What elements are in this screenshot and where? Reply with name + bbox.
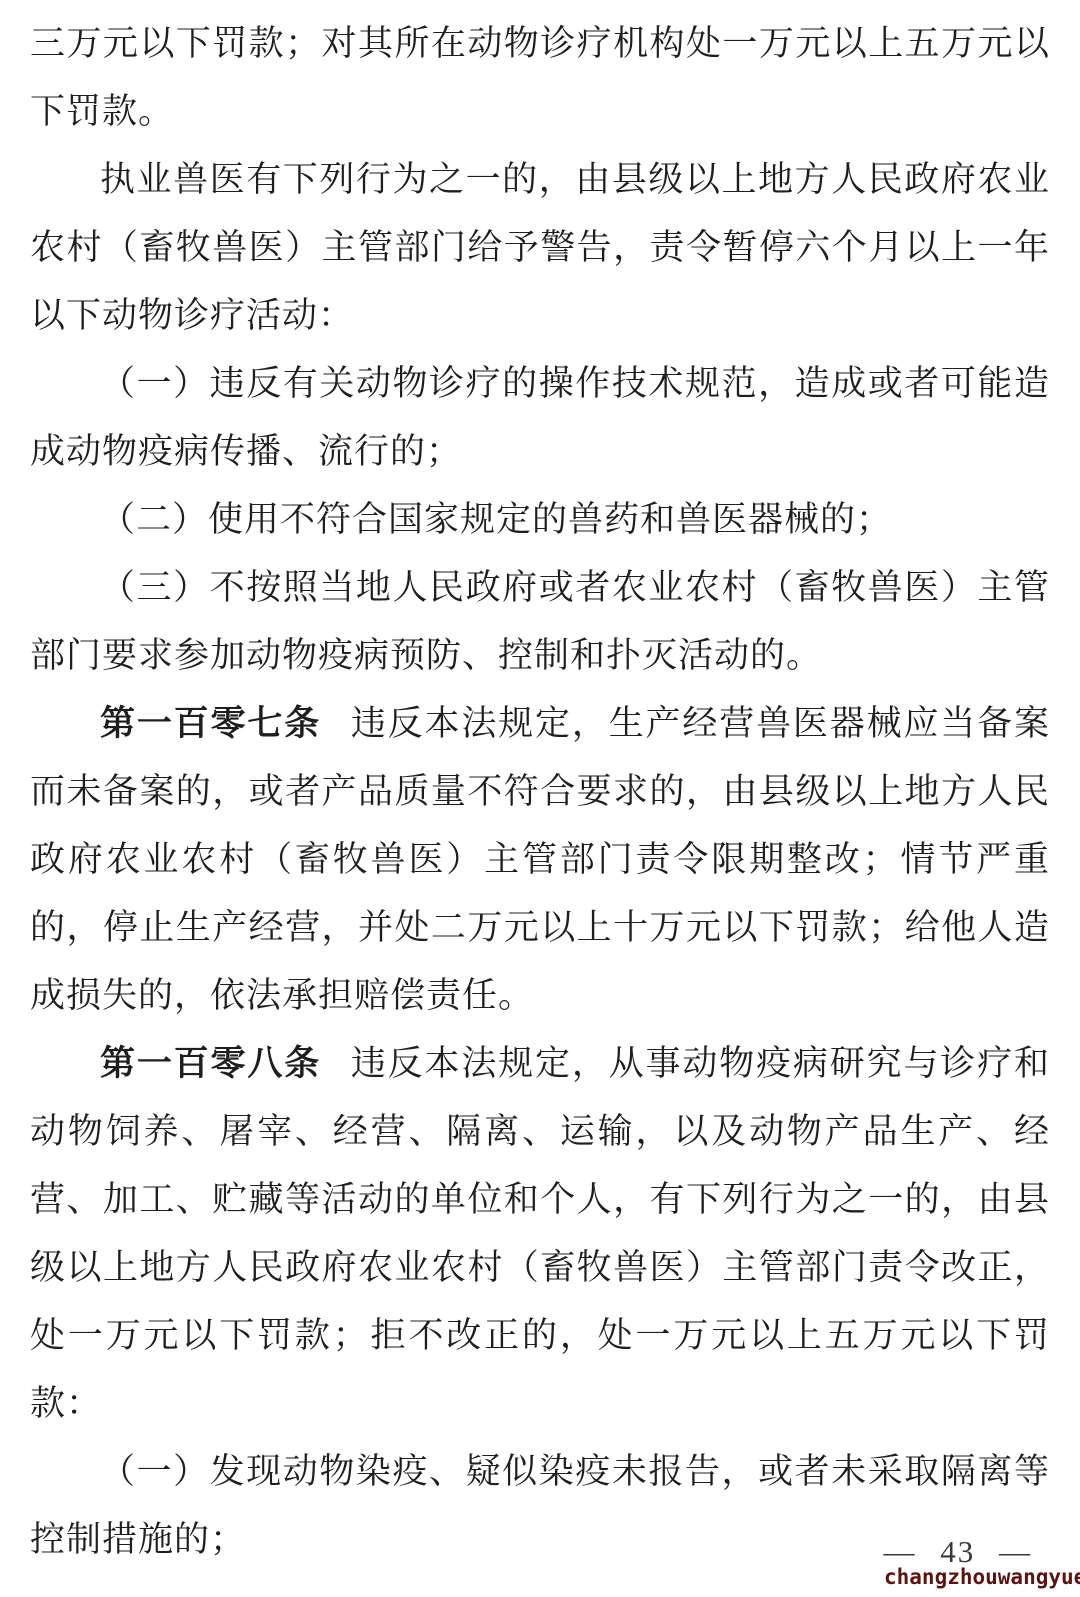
paragraph-text: （一）违反有关动物诊疗的操作技术规范，造成或者可能造成动物疫病传播、流行的；	[30, 364, 1050, 471]
paragraph-text: （二）使用不符合国家规定的兽药和兽医器械的；	[100, 500, 892, 539]
paragraph: 执业兽医有下列行为之一的，由县级以上地方人民政府农业农村（畜牧兽医）主管部门给予…	[30, 146, 1050, 350]
document-body: 三万元以下罚款；对其所在动物诊疗机构处一万元以上五万元以下罚款。 执业兽医有下列…	[30, 10, 1050, 1574]
paragraph-text: 违反本法规定，从事动物疫病研究与诊疗和动物饲养、屠宰、经营、隔离、运输，以及动物…	[30, 1044, 1050, 1423]
paragraph: （一）违反有关动物诊疗的操作技术规范，造成或者可能造成动物疫病传播、流行的；	[30, 350, 1050, 486]
paragraph: （三）不按照当地人民政府或者农业农村（畜牧兽医）主管部门要求参加动物疫病预防、控…	[30, 554, 1050, 690]
watermark-url: changzhouwangyueche.cc	[884, 1565, 1080, 1589]
paragraph-text: 违反本法规定，生产经营兽医器械应当备案而未备案的，或者产品质量不符合要求的，由县…	[30, 704, 1050, 1015]
paragraph-text: 执业兽医有下列行为之一的，由县级以上地方人民政府农业农村（畜牧兽医）主管部门给予…	[30, 160, 1050, 335]
article-heading: 第一百零七条	[100, 704, 321, 743]
article-heading: 第一百零八条	[100, 1044, 321, 1083]
paragraph-text: （三）不按照当地人民政府或者农业农村（畜牧兽医）主管部门要求参加动物疫病预防、控…	[30, 568, 1050, 675]
paragraph-text: 三万元以下罚款；对其所在动物诊疗机构处一万元以上五万元以下罚款。	[30, 24, 1050, 131]
paragraph: 第一百零八条违反本法规定，从事动物疫病研究与诊疗和动物饲养、屠宰、经营、隔离、运…	[30, 1030, 1050, 1438]
paragraph: 三万元以下罚款；对其所在动物诊疗机构处一万元以上五万元以下罚款。	[30, 10, 1050, 146]
paragraph: 第一百零七条违反本法规定，生产经营兽医器械应当备案而未备案的，或者产品质量不符合…	[30, 690, 1050, 1030]
paragraph: （二）使用不符合国家规定的兽药和兽医器械的；	[30, 486, 1050, 554]
document-page: 三万元以下罚款；对其所在动物诊疗机构处一万元以上五万元以下罚款。 执业兽医有下列…	[0, 0, 1080, 1597]
